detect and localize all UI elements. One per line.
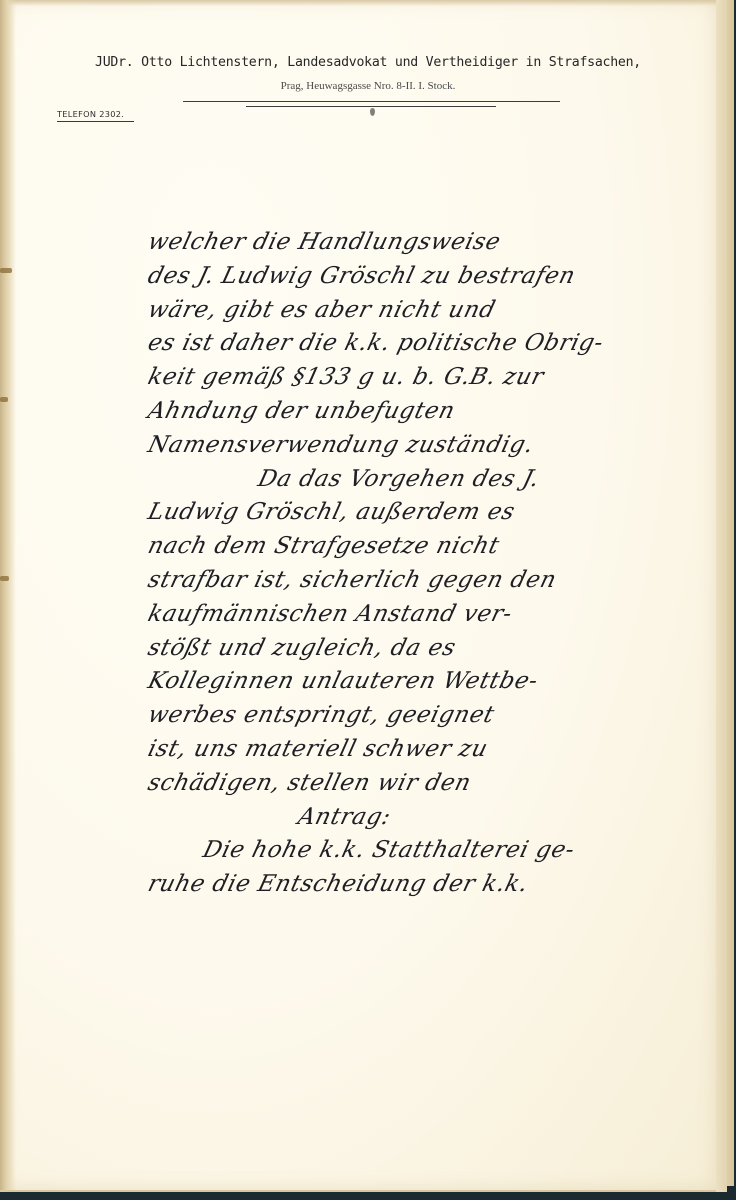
handwritten-line: Da das Vorgehen des J. [144, 463, 722, 497]
handwritten-line: Ludwig Gröschl, außerdem es [144, 496, 722, 530]
handwritten-line: welcher die Handlungsweise [144, 226, 722, 260]
letter-page: JUDr. Otto Lichtenstern, Landesadvokat u… [0, 0, 716, 1192]
handwritten-line: Die hohe k.k. Statthalterei ge- [144, 834, 722, 868]
handwritten-line: Kolleginnen unlauteren Wettbe- [144, 665, 722, 699]
telephone-number: TELEFON 2302. [57, 109, 134, 122]
handwritten-line: es ist daher die k.k. politische Obrig- [144, 327, 722, 361]
handwritten-line: kaufmännischen Anstand ver- [144, 598, 722, 632]
letterhead-rule [183, 101, 560, 102]
handwritten-line: des J. Ludwig Gröschl zu bestrafen [144, 260, 722, 294]
handwritten-line: ist, uns materiell schwer zu [144, 733, 722, 767]
document-scan: JUDr. Otto Lichtenstern, Landesadvokat u… [0, 0, 736, 1200]
binding-edge [0, 0, 16, 1190]
ornament-icon [370, 108, 375, 116]
handwritten-line: stößt und zugleich, da es [144, 632, 722, 666]
handwritten-line: keit gemäß §133 g u. b. G.B. zur [144, 361, 722, 395]
letterhead-address: Prag, Heuwagsgasse Nro. 8-II. I. Stock. [0, 80, 736, 92]
handwritten-line: wäre, gibt es aber nicht und [144, 294, 722, 328]
handwritten-line: strafbar ist, sicherlich gegen den [144, 564, 722, 598]
letterhead-rule [246, 106, 496, 107]
handwritten-line: ruhe die Entscheidung der k.k. [144, 868, 722, 902]
handwritten-line: nach dem Strafgesetze nicht [144, 530, 722, 564]
handwritten-heading: Antrag: [144, 801, 722, 835]
handwritten-line: Namensverwendung zuständig. [144, 429, 722, 463]
handwritten-body: welcher die Handlungsweise des J. Ludwig… [144, 226, 714, 902]
letterhead-name: JUDr. Otto Lichtenstern, Landesadvokat u… [0, 55, 736, 70]
binding-stain [0, 576, 9, 581]
handwritten-line: schädigen, stellen wir den [144, 767, 722, 801]
page-top-edge [0, 0, 716, 6]
handwritten-line: werbes entspringt, geeignet [144, 699, 722, 733]
binding-stain [0, 268, 12, 273]
binding-stain [0, 397, 8, 402]
handwritten-line: Ahndung der unbefugten [144, 395, 722, 429]
